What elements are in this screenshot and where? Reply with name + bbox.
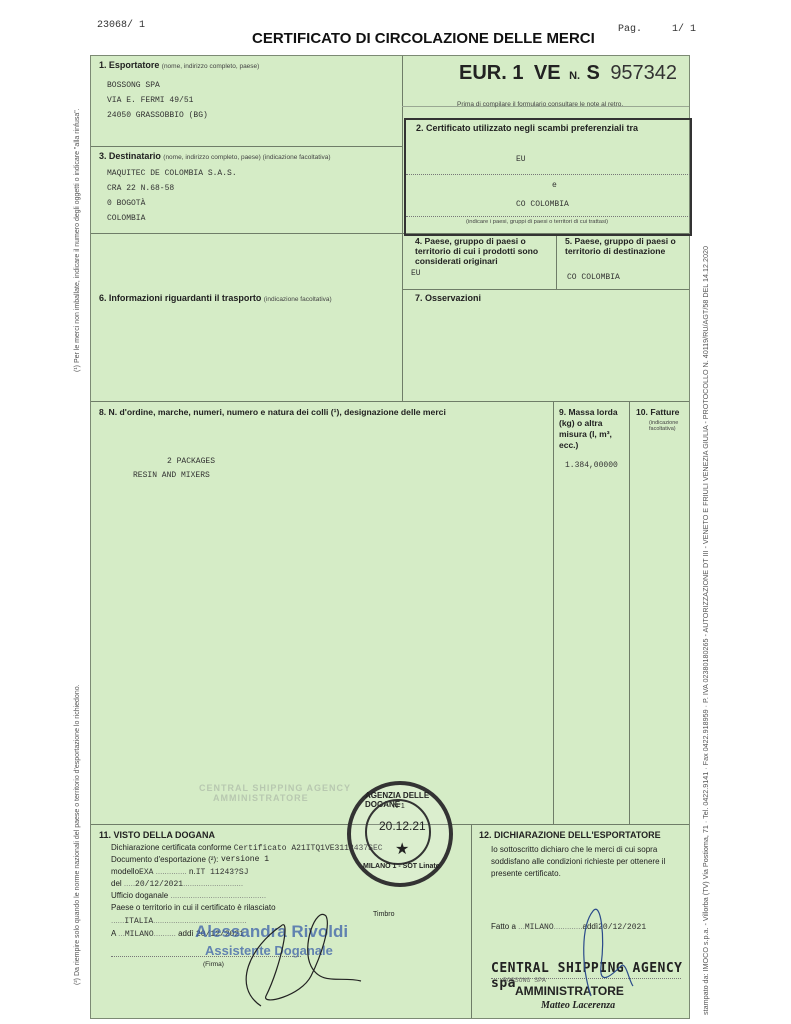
export-doc-version: versione 1: [221, 855, 269, 864]
customs-signature: [221, 906, 371, 1016]
box5-label: 5. Paese, gruppo di paesi o territorio d…: [565, 236, 687, 256]
consignee-address: MAQUITEC DE COLOMBIA S.A.S. CRA 22 N.68-…: [107, 166, 237, 226]
customs-office: Ufficio doganale .......................…: [111, 891, 266, 900]
goods-packages: 2 PACKAGES: [167, 454, 215, 469]
footnote-1: (¹) Per le merci non imballate, indicare…: [74, 108, 81, 372]
box5-value: CO COLOMBIA: [567, 270, 620, 285]
box3-label: 3. Destinatario (nome, indirizzo complet…: [99, 151, 331, 161]
document-reference: 23068/ 1: [97, 20, 145, 31]
exporter-street: VIA E. FERMI 49/51: [107, 93, 208, 108]
box9-label: 9. Massa lorda (kg) o altra misura (l, m…: [559, 407, 625, 451]
box4-value: EU: [411, 266, 421, 281]
box2-party2: CO COLOMBIA: [516, 197, 569, 212]
box1-label: 1. Esportatore (nome, indirizzo completo…: [99, 60, 259, 70]
consignee-city: 0 BOGOTÀ: [107, 196, 237, 211]
page-value: 1/ 1: [672, 24, 696, 35]
box7-label: 7. Osservazioni: [415, 293, 481, 303]
box2-label: 2. Certificato utilizzato negli scambi p…: [416, 123, 638, 133]
box2-party1: EU: [516, 152, 526, 167]
eur1-form: 1. Esportatore (nome, indirizzo completo…: [90, 55, 690, 1019]
form-code: EUR. 1 VE N. S 957342: [459, 62, 677, 85]
page-number: Pag. 1/ 1: [618, 24, 696, 35]
box10-hint: (indicazione facoltativa): [649, 420, 689, 432]
form-note: Prima di compilare il formulario consult…: [457, 101, 623, 108]
export-doc-date: del .....20/12/2021.....................…: [111, 879, 243, 889]
exporter-city: 24050 GRASSOBBIO (BG): [107, 108, 208, 123]
export-doc-model: modelloEXA .............. n.IT 11243?SJ: [111, 867, 249, 877]
box6-label: 6. Informazioni riguardanti il trasporto…: [99, 293, 332, 303]
box2-and: e: [552, 178, 557, 193]
star-icon: ★: [395, 839, 409, 859]
document-title: CERTIFICATO DI CIRCOLAZIONE DELLE MERCI: [252, 30, 595, 47]
box2: 2. Certificato utilizzato negli scambi p…: [404, 118, 692, 236]
gross-mass: 1.384,00000: [565, 458, 618, 473]
box4-label: 4. Paese, gruppo di paesi o territorio d…: [415, 236, 553, 266]
stamp-label: Timbro: [373, 911, 395, 918]
box2-hint: (indicare i paesi, gruppi di paesi o ter…: [466, 219, 608, 225]
certificate-number: 957342: [610, 62, 677, 84]
faded-stamp: CENTRAL SHIPPING AGENCY AMMINISTRATORE: [199, 783, 351, 803]
consignee-street: CRA 22 N.68-58: [107, 181, 237, 196]
footnote-2: (²) Da riempire solo quando le norme naz…: [74, 684, 81, 985]
exporter-name: BOSSONG SPA: [107, 78, 208, 93]
customs-stamp: AGENZIA DELLE DOGANE N°1 20.12.21 ★ MILA…: [347, 781, 453, 887]
company-under: BOSSONG SPA: [503, 977, 546, 984]
box10-label: 10. Fatture: [636, 407, 679, 417]
exporter-address: BOSSONG SPA VIA E. FERMI 49/51 24050 GRA…: [107, 78, 208, 123]
page-label: Pag.: [618, 24, 642, 35]
box11-declaration: Dichiarazione certificata conforme Certi…: [111, 843, 383, 853]
printer-note: stampato da: IMOCO s.p.a. - Villorba (TV…: [701, 246, 710, 1015]
goods-description: RESIN AND MIXERS: [133, 468, 210, 483]
consignee-country: COLOMBIA: [107, 211, 237, 226]
box8-label: 8. N. d'ordine, marche, numeri, numero e…: [99, 407, 446, 417]
exporter-signature: [571, 896, 651, 1006]
export-doc-label: Documento d'esportazione (²):: [111, 855, 218, 864]
exporter-declaration-text: Io sottoscritto dichiaro che le merci di…: [491, 844, 681, 880]
box12-label: 12. DICHIARAZIONE DELL'ESPORTATORE: [479, 830, 661, 840]
box11-label: 11. VISTO DELLA DOGANA: [99, 830, 215, 840]
stamp-date: 20.12.21: [379, 819, 426, 833]
form-type: EUR. 1: [459, 62, 523, 84]
consignee-name: MAQUITEC DE COLOMBIA S.A.S.: [107, 166, 237, 181]
